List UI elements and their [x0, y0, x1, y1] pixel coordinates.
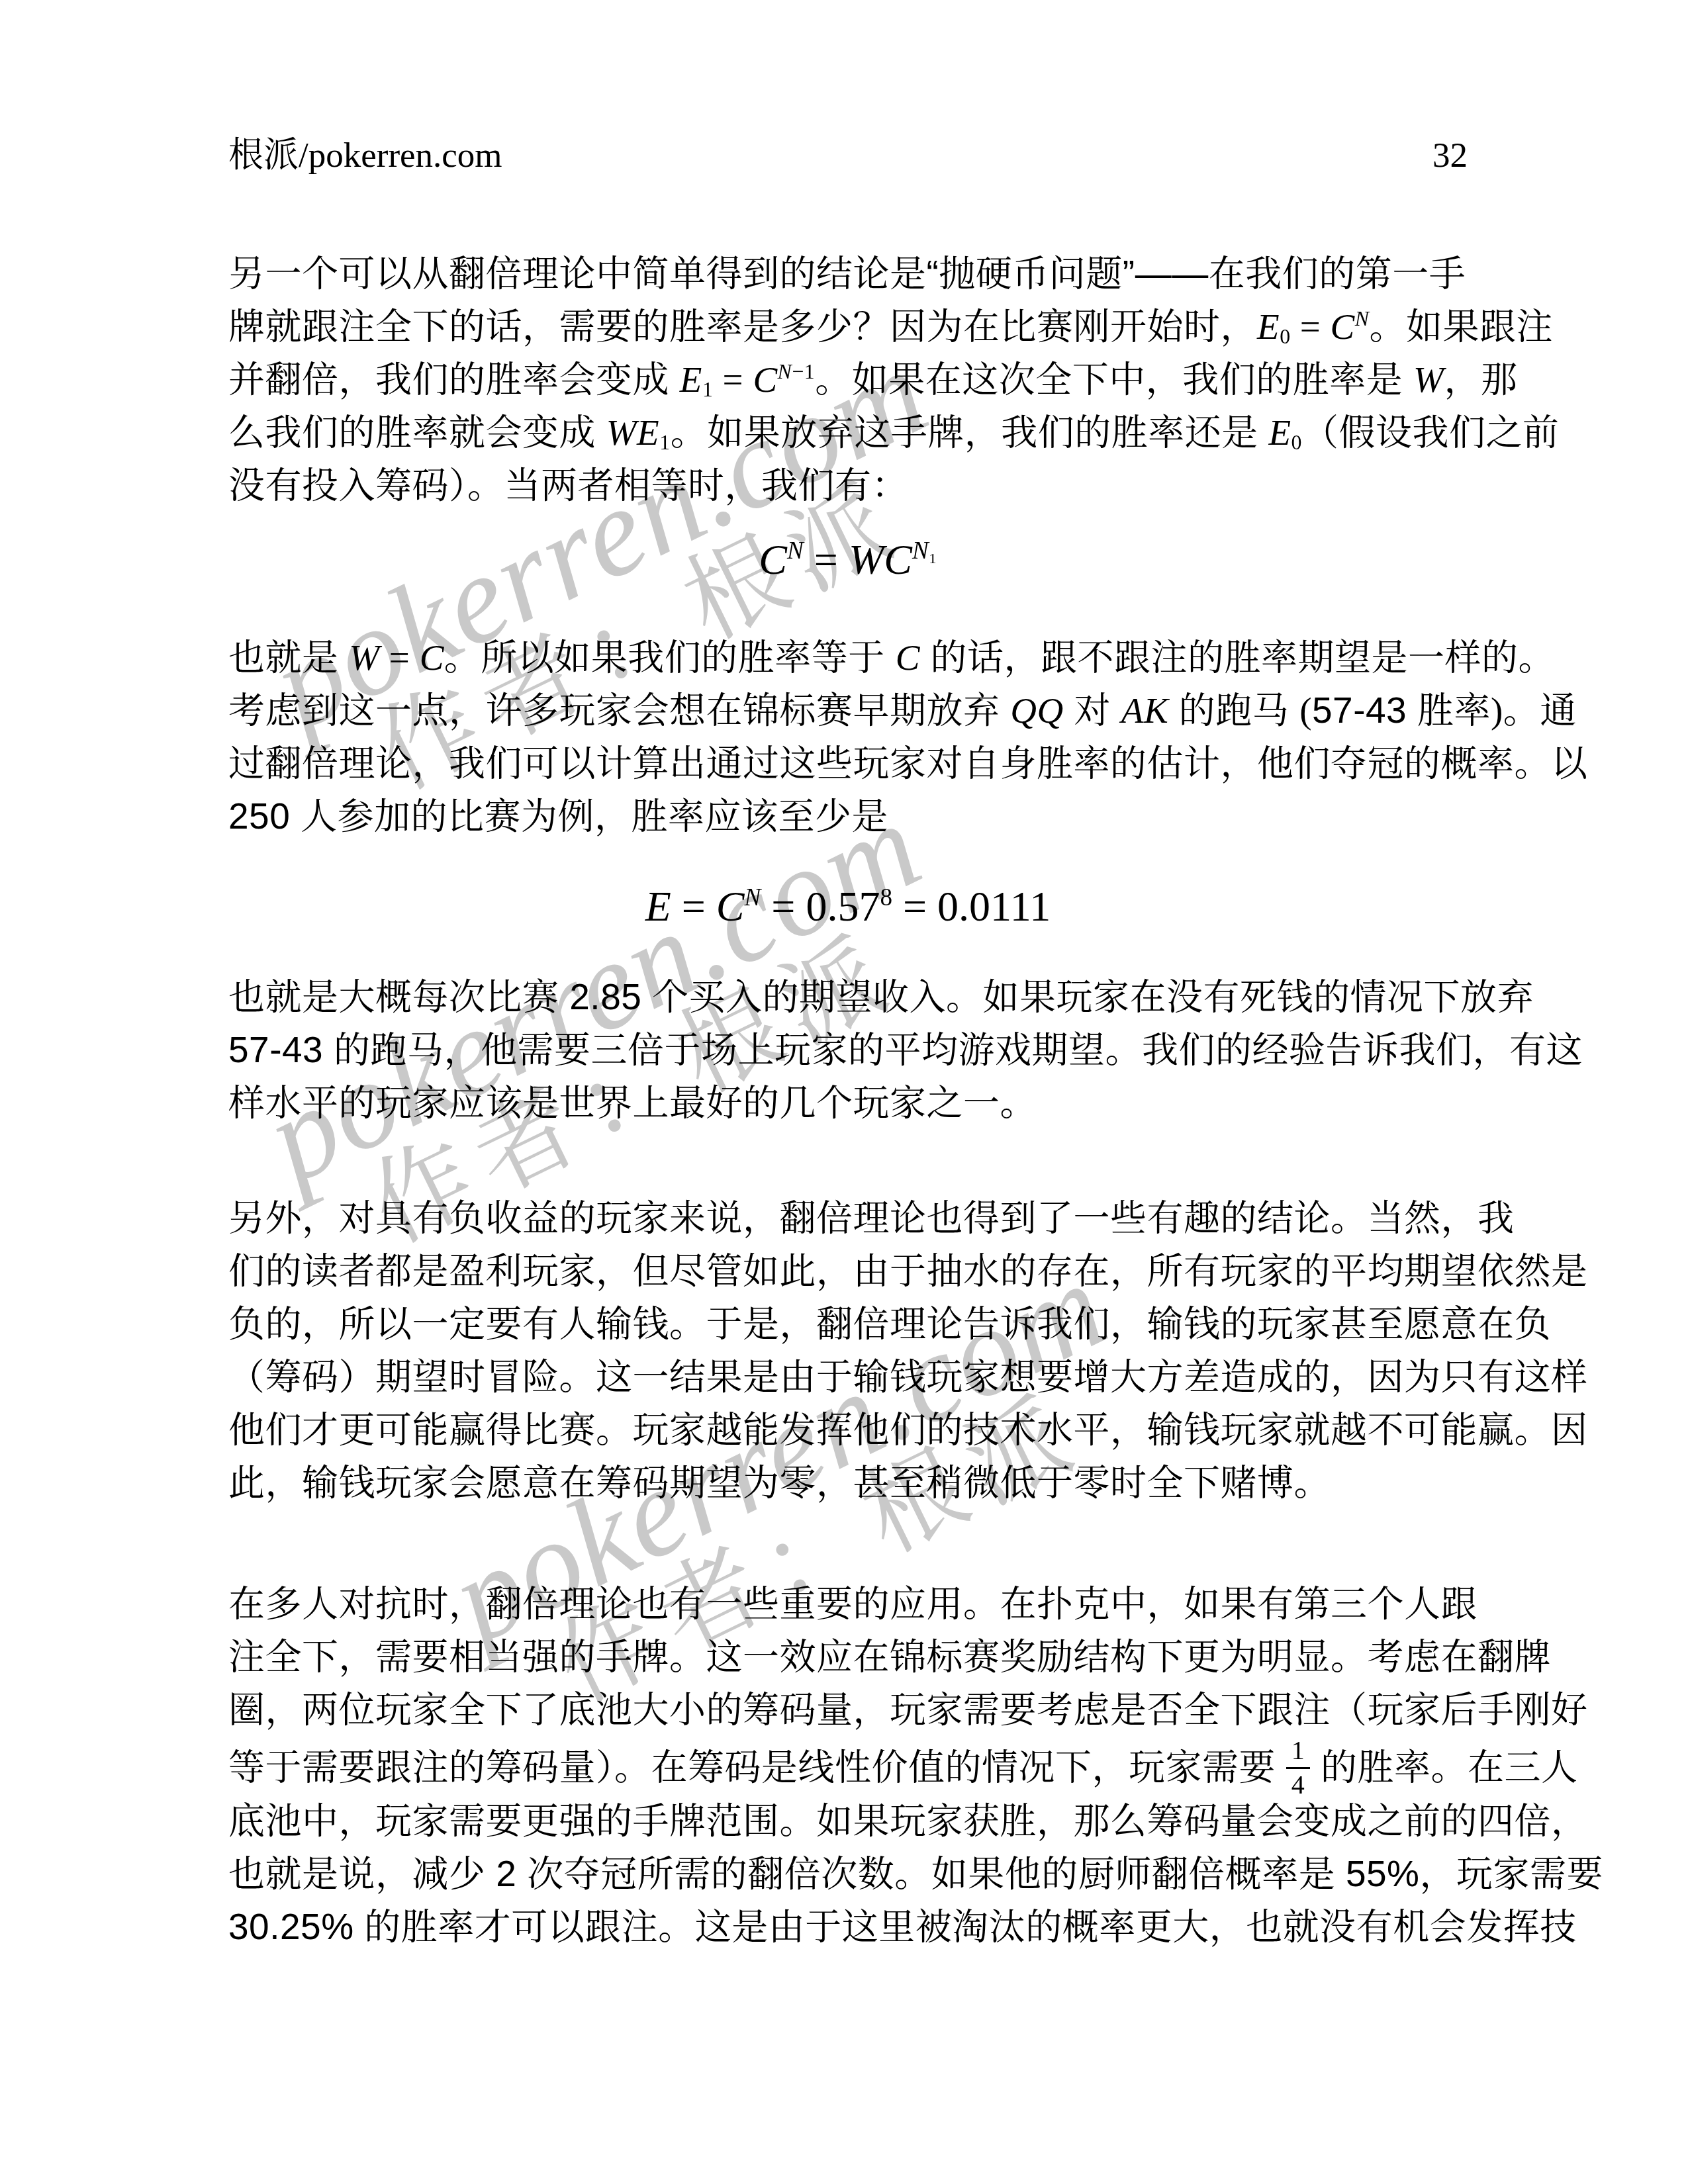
text-line: 250 人参加的比赛为例，胜率应该至少是: [228, 790, 1468, 842]
paragraph-1: 另一个可以从翻倍理论中简单得到的结论是“抛硬币问题”——在我们的第一手 牌就跟注…: [228, 247, 1468, 512]
text-line: 另一个可以从翻倍理论中简单得到的结论是“抛硬币问题”——在我们的第一手: [228, 247, 1468, 300]
text-line: 样水平的玩家应该是世界上最好的几个玩家之一。: [228, 1076, 1468, 1129]
text-line: 圈，两位玩家全下了底池大小的筹码量，玩家需要考虑是否全下跟注（玩家后手刚好: [228, 1683, 1468, 1736]
page-number: 32: [1432, 136, 1468, 175]
fraction: 14: [1286, 1736, 1311, 1800]
text-line: 底池中，玩家需要更强的手牌范围。如果玩家获胜，那么筹码量会变成之前的四倍，: [228, 1794, 1468, 1847]
text-line: 没有投入筹码）。当两者相等时，我们有：: [228, 459, 1468, 512]
text-line: 在多人对抗时，翻倍理论也有一些重要的应用。在扑克中，如果有第三个人跟: [228, 1577, 1468, 1630]
text-line: 么我们的胜率就会变成 WE1。如果放弃这手牌，我们的胜率还是 E0（假设我们之前: [228, 406, 1468, 459]
paragraph-5: 在多人对抗时，翻倍理论也有一些重要的应用。在扑克中，如果有第三个人跟 注全下，需…: [228, 1577, 1468, 1953]
display-formula-1: CN = WCN₁: [228, 531, 1468, 589]
text-line: 也就是大概每次比赛 2.85 个买入的期望收入。如果玩家在没有死钱的情况下放弃: [228, 970, 1468, 1023]
text-line: 注全下，需要相当强的手牌。这一效应在锦标赛奖励结构下更为明显。考虑在翻牌: [228, 1630, 1468, 1683]
paragraph-3: 也就是大概每次比赛 2.85 个买入的期望收入。如果玩家在没有死钱的情况下放弃 …: [228, 970, 1468, 1129]
paragraph-4: 另外，对具有负收益的玩家来说，翻倍理论也得到了一些有趣的结论。当然，我 们的读者…: [228, 1191, 1468, 1509]
display-formula-2: E = CN = 0.578 = 0.0111: [228, 878, 1468, 936]
text-line: 考虑到这一点，许多玩家会想在锦标赛早期放弃 QQ 对 AK 的跑马 (57-43…: [228, 684, 1468, 737]
text-line: 57-43 的跑马，他需要三倍于场上玩家的平均游戏期望。我们的经验告诉我们，有这: [228, 1023, 1468, 1076]
text-line: 也就是说，减少 2 次夺冠所需的翻倍次数。如果他的厨师翻倍概率是 55%，玩家需…: [228, 1847, 1468, 1900]
text-line: 过翻倍理论，我们可以计算出通过这些玩家对自身胜率的估计，他们夺冠的概率。以: [228, 737, 1468, 790]
text-line: 他们才更可能赢得比赛。玩家越能发挥他们的技术水平，输钱玩家就越不可能赢。因: [228, 1403, 1468, 1456]
text-line: 此，输钱玩家会愿意在筹码期望为零，甚至稍微低于零时全下赌博。: [228, 1456, 1468, 1509]
page-header: 根派/pokerren.com 32: [228, 136, 1468, 175]
document-page: pokerren.com 作者：根派 pokerren.com 作者：根派 po…: [0, 0, 1688, 2184]
text-line: 并翻倍，我们的胜率会变成 E1 = CN−1。如果在这次全下中，我们的胜率是 W…: [228, 353, 1468, 406]
text-line: 牌就跟注全下的话，需要的胜率是多少？因为在比赛刚开始时，E0 = CN。如果跟注: [228, 300, 1468, 353]
text-line: 30.25% 的胜率才可以跟注。这是由于这里被淘汰的概率更大，也就没有机会发挥技: [228, 1900, 1468, 1953]
text-line: 们的读者都是盈利玩家，但尽管如此，由于抽水的存在，所有玩家的平均期望依然是: [228, 1244, 1468, 1297]
text-line: 等于需要跟注的筹码量）。在筹码是线性价值的情况下，玩家需要 14 的胜率。在三人: [228, 1736, 1468, 1794]
text-line: 也就是 W = C。所以如果我们的胜率等于 C 的话，跟不跟注的胜率期望是一样的…: [228, 631, 1468, 684]
text-line: 负的，所以一定要有人输钱。于是，翻倍理论告诉我们，输钱的玩家甚至愿意在负: [228, 1297, 1468, 1350]
header-site-title: 根派/pokerren.com: [228, 136, 502, 175]
text-line: 另外，对具有负收益的玩家来说，翻倍理论也得到了一些有趣的结论。当然，我: [228, 1191, 1468, 1244]
text-line: （筹码）期望时冒险。这一结果是由于输钱玩家想要增大方差造成的，因为只有这样: [228, 1350, 1468, 1403]
paragraph-2: 也就是 W = C。所以如果我们的胜率等于 C 的话，跟不跟注的胜率期望是一样的…: [228, 631, 1468, 842]
